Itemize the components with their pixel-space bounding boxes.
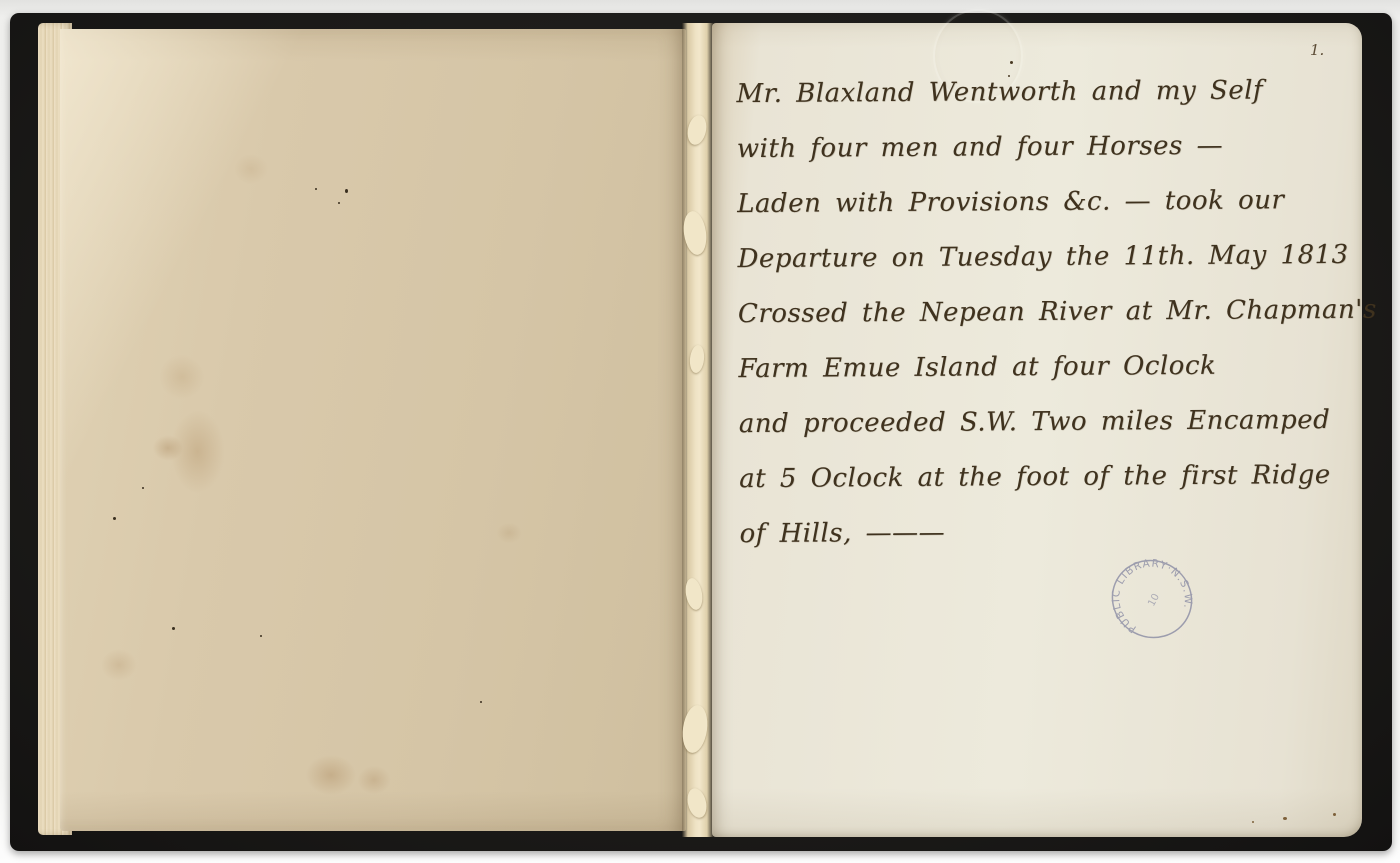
frayed-paper-bit	[689, 344, 706, 373]
speck	[142, 487, 144, 489]
right-page-manuscript: 1. Mr. Blaxland Wentworth and my Self wi…	[712, 23, 1362, 837]
journal-line-5: Crossed the Nepean River at Mr. Chapman'…	[738, 283, 1348, 342]
stain	[95, 644, 143, 686]
journal-line-1: Mr. Blaxland Wentworth and my Self	[736, 63, 1346, 122]
stamp-center-text: 10	[1146, 592, 1162, 608]
stain	[160, 394, 235, 509]
speck	[1333, 813, 1336, 816]
book-cover: 1. Mr. Blaxland Wentworth and my Self wi…	[10, 13, 1392, 851]
journal-line-2: with four men and four Horses —	[737, 118, 1347, 177]
journal-line-4: Departure on Tuesday the 11th. May 1813	[737, 228, 1347, 287]
speck	[345, 189, 348, 193]
stain	[152, 347, 212, 407]
frayed-paper-bit	[680, 704, 710, 755]
journal-line-6: Farm Emue Island at four Oclock	[738, 338, 1348, 397]
page-number: 1.	[1310, 41, 1324, 59]
frayed-paper-bit	[685, 786, 710, 819]
frayed-paper-bit	[681, 210, 709, 257]
speck	[1252, 821, 1254, 823]
speck	[480, 701, 482, 703]
frayed-paper-bit	[683, 577, 704, 611]
journal-text: Mr. Blaxland Wentworth and my Self with …	[736, 63, 1349, 562]
stain	[228, 149, 274, 189]
torn-page-stub	[682, 23, 714, 837]
journal-line-7: and proceeded S.W. Two miles Encamped	[739, 393, 1349, 452]
stain	[352, 761, 396, 799]
speck	[260, 635, 262, 637]
speck	[315, 188, 317, 190]
frayed-paper-bit	[685, 113, 709, 146]
speck	[172, 627, 175, 630]
journal-line-3: Laden with Provisions &c. — took our	[737, 173, 1347, 232]
stain	[296, 747, 366, 803]
left-page-blank	[60, 29, 686, 831]
stain	[492, 519, 526, 547]
speck	[1283, 817, 1287, 820]
stain	[148, 431, 188, 465]
ink-dot	[1010, 61, 1013, 64]
journal-line-8: at 5 Oclock at the foot of the first Rid…	[739, 448, 1349, 507]
journal-line-9: of Hills, ———	[739, 503, 1349, 562]
speck	[338, 202, 340, 204]
speck	[113, 517, 116, 520]
